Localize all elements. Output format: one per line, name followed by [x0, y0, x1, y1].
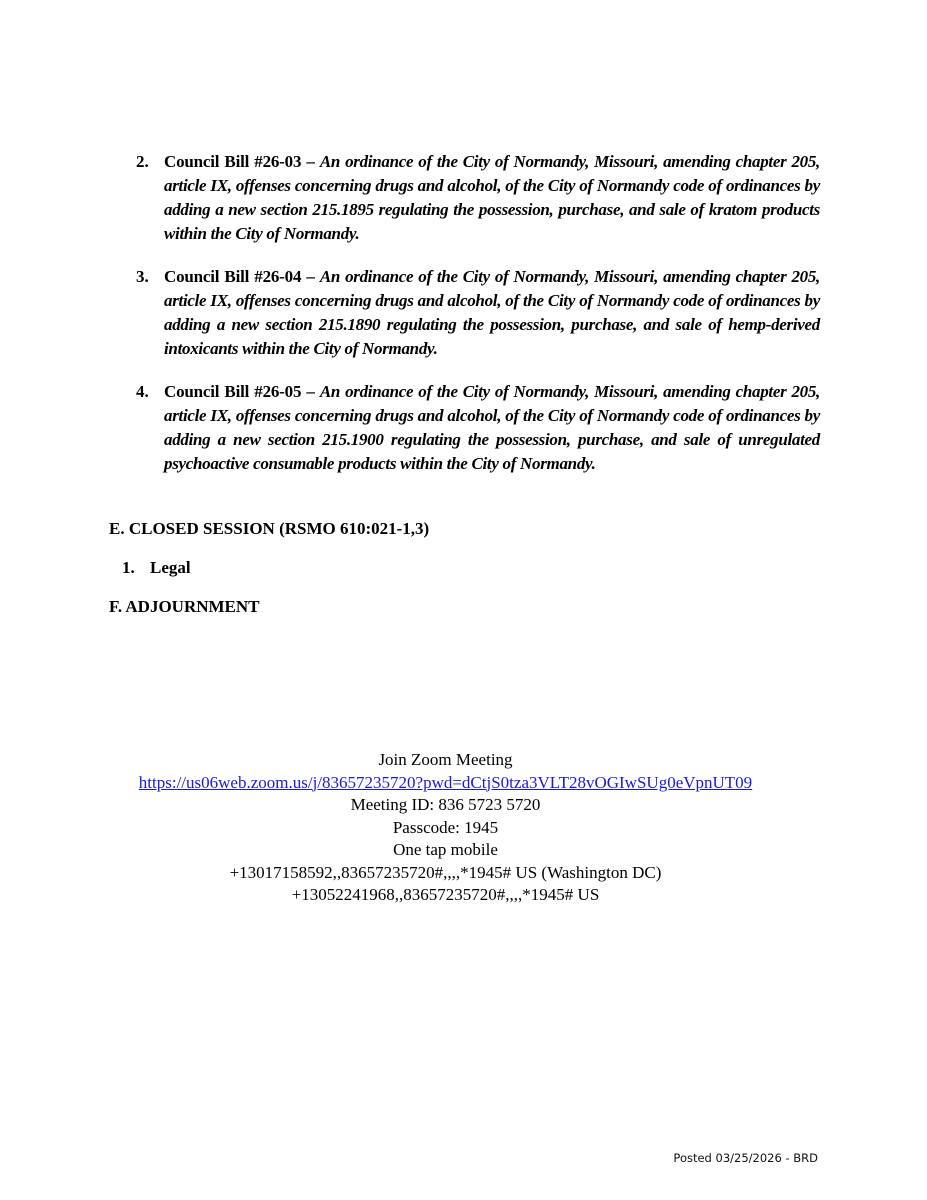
bill-title: Council Bill #26-04 –: [164, 267, 320, 286]
phone-number-2: +13052241968,,83657235720#,,,,*1945# US: [0, 884, 927, 907]
item-label: Legal: [150, 558, 191, 577]
bill-body: Council Bill #26-04 – An ordinance of th…: [164, 265, 820, 361]
bill-number: 3.: [136, 265, 149, 289]
item-number: 1.: [122, 556, 150, 580]
bill-number: 2.: [136, 150, 149, 174]
document-page: 2. Council Bill #26-03 – An ordinance of…: [0, 0, 927, 1200]
meeting-id: Meeting ID: 836 5723 5720: [0, 794, 927, 817]
posted-date-footer: Posted 03/25/2026 - BRD: [673, 1151, 818, 1165]
bill-body: Council Bill #26-05 – An ordinance of th…: [164, 380, 820, 476]
closed-session-item-legal: 1.Legal: [122, 556, 191, 580]
one-tap-label: One tap mobile: [0, 839, 927, 862]
adjournment-heading: F. ADJOURNMENT: [109, 595, 260, 619]
bill-title: Council Bill #26-03 –: [164, 152, 320, 171]
zoom-title: Join Zoom Meeting: [0, 749, 927, 772]
council-bill-26-04: 3. Council Bill #26-04 – An ordinance of…: [136, 265, 820, 361]
council-bill-26-05: 4. Council Bill #26-05 – An ordinance of…: [136, 380, 820, 476]
zoom-meeting-info: Join Zoom Meeting https://us06web.zoom.u…: [0, 749, 927, 907]
closed-session-heading: E. CLOSED SESSION (RSMO 610:021-1,3): [109, 517, 429, 541]
phone-number-1: +13017158592,,83657235720#,,,,*1945# US …: [0, 862, 927, 885]
bill-body: Council Bill #26-03 – An ordinance of th…: [164, 150, 820, 246]
bill-number: 4.: [136, 380, 149, 404]
bill-title: Council Bill #26-05 –: [164, 382, 320, 401]
council-bill-26-03: 2. Council Bill #26-03 – An ordinance of…: [136, 150, 820, 246]
zoom-meeting-link[interactable]: https://us06web.zoom.us/j/83657235720?pw…: [139, 773, 752, 792]
passcode: Passcode: 1945: [0, 817, 927, 840]
